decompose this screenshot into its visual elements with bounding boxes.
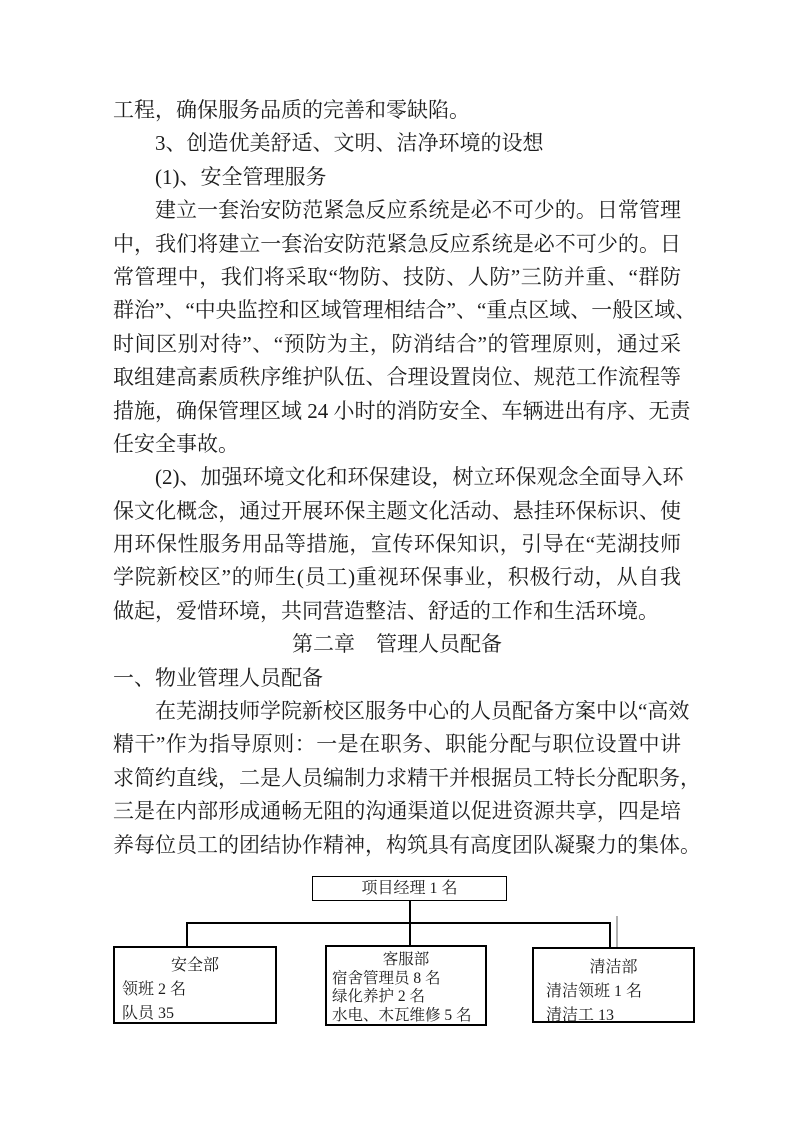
- text-line: 养每位员工的团结协作精神，构筑具有高度团队凝聚力的集体。: [113, 829, 681, 862]
- text-line: 群治”、“中央监控和区域管理相结合”、“重点区域、一般区域、: [113, 294, 681, 327]
- org-connector-artifact-line: [616, 916, 618, 947]
- dept-title: 安全部: [115, 954, 275, 978]
- text-line: 三是在内部形成通畅无阻的沟通渠道以促进资源共享，四是培: [113, 795, 681, 828]
- text-line: 求简约直线，二是人员编制力求精干并根据员工特长分配职务，: [113, 762, 681, 795]
- text-line: 取组建高素质秩序维护队伍、合理设置岗位、规范工作流程等: [113, 361, 681, 394]
- text-line: 3、创造优美舒适、文明、洁净环境的设想: [113, 127, 681, 160]
- document-page: 工程，确保服务品质的完善和零缺陷。 3、创造优美舒适、文明、洁净环境的设想 (1…: [0, 0, 793, 1122]
- text-line: 学院新校区”的师生(员工)重视环保事业，积极行动，从自我: [113, 561, 681, 594]
- text-line: (2)、加强环境文化和环保建设，树立环保观念全面导入环: [113, 461, 681, 494]
- section-heading: 一、物业管理人员配备: [113, 662, 681, 695]
- dept-member: 绿化养护 2 名: [327, 988, 485, 1007]
- text-line: 用环保性服务用品等措施，宣传环保知识，引导在“芜湖技师: [113, 528, 681, 561]
- dept-member: 清洁工 13: [534, 1004, 693, 1028]
- dept-member: 领班 2 名: [115, 978, 275, 1002]
- text-line: 精干”作为指导原则：一是在职务、职能分配与职位设置中讲: [113, 728, 681, 761]
- text-line: 中，我们将建立一套治安防范紧急反应系统是必不可少的。日: [113, 228, 681, 261]
- org-connector-drop-left: [186, 922, 188, 947]
- dept-member: 清洁领班 1 名: [534, 980, 693, 1004]
- dept-member: 水电、木瓦维修 5 名: [327, 1007, 485, 1026]
- org-box-security-dept: 安全部 领班 2 名 队员 35: [113, 946, 277, 1024]
- dept-member: 队员 35: [115, 1002, 275, 1026]
- text-line: 时间区别对待”、“预防为主，防消结合”的管理原则，通过采: [113, 328, 681, 361]
- dept-title: 客服部: [327, 951, 485, 970]
- text-line: 在芜湖技师学院新校区服务中心的人员配备方案中以“高效: [113, 695, 681, 728]
- text-line: 建立一套治安防范紧急反应系统是必不可少的。日常管理: [113, 194, 681, 227]
- dept-member: 宿舍管理员 8 名: [327, 970, 485, 989]
- text-line: 保文化概念，通过开展环保主题文化活动、悬挂环保标识、使: [113, 495, 681, 528]
- text-line: 做起，爱惜环境，共同营造整洁、舒适的工作和生活环境。: [113, 595, 681, 628]
- text-line: 措施，确保管理区域 24 小时的消防安全、车辆进出有序、无责: [113, 395, 681, 428]
- org-box-project-manager: 项目经理 1 名: [312, 876, 507, 901]
- org-box-project-manager-label: 项目经理 1 名: [361, 878, 457, 899]
- chapter-heading: 第二章 管理人员配备: [113, 628, 681, 661]
- org-connector-horizontal: [186, 922, 611, 924]
- text-line: 任安全事故。: [113, 428, 681, 461]
- text-line: 常管理中，我们将采取“物防、技防、人防”三防并重、“群防: [113, 261, 681, 294]
- org-connector-drop-middle: [409, 922, 411, 946]
- text-line: 工程，确保服务品质的完善和零缺陷。: [113, 94, 681, 127]
- org-connector-root-vertical: [409, 899, 411, 924]
- text-line: (1)、安全管理服务: [113, 161, 681, 194]
- document-text: 工程，确保服务品质的完善和零缺陷。 3、创造优美舒适、文明、洁净环境的设想 (1…: [113, 94, 681, 862]
- org-box-service-dept: 客服部 宿舍管理员 8 名 绿化养护 2 名 水电、木瓦维修 5 名: [325, 945, 487, 1026]
- org-box-cleaning-dept: 清洁部 清洁领班 1 名 清洁工 13: [532, 947, 695, 1023]
- dept-title: 清洁部: [534, 956, 693, 980]
